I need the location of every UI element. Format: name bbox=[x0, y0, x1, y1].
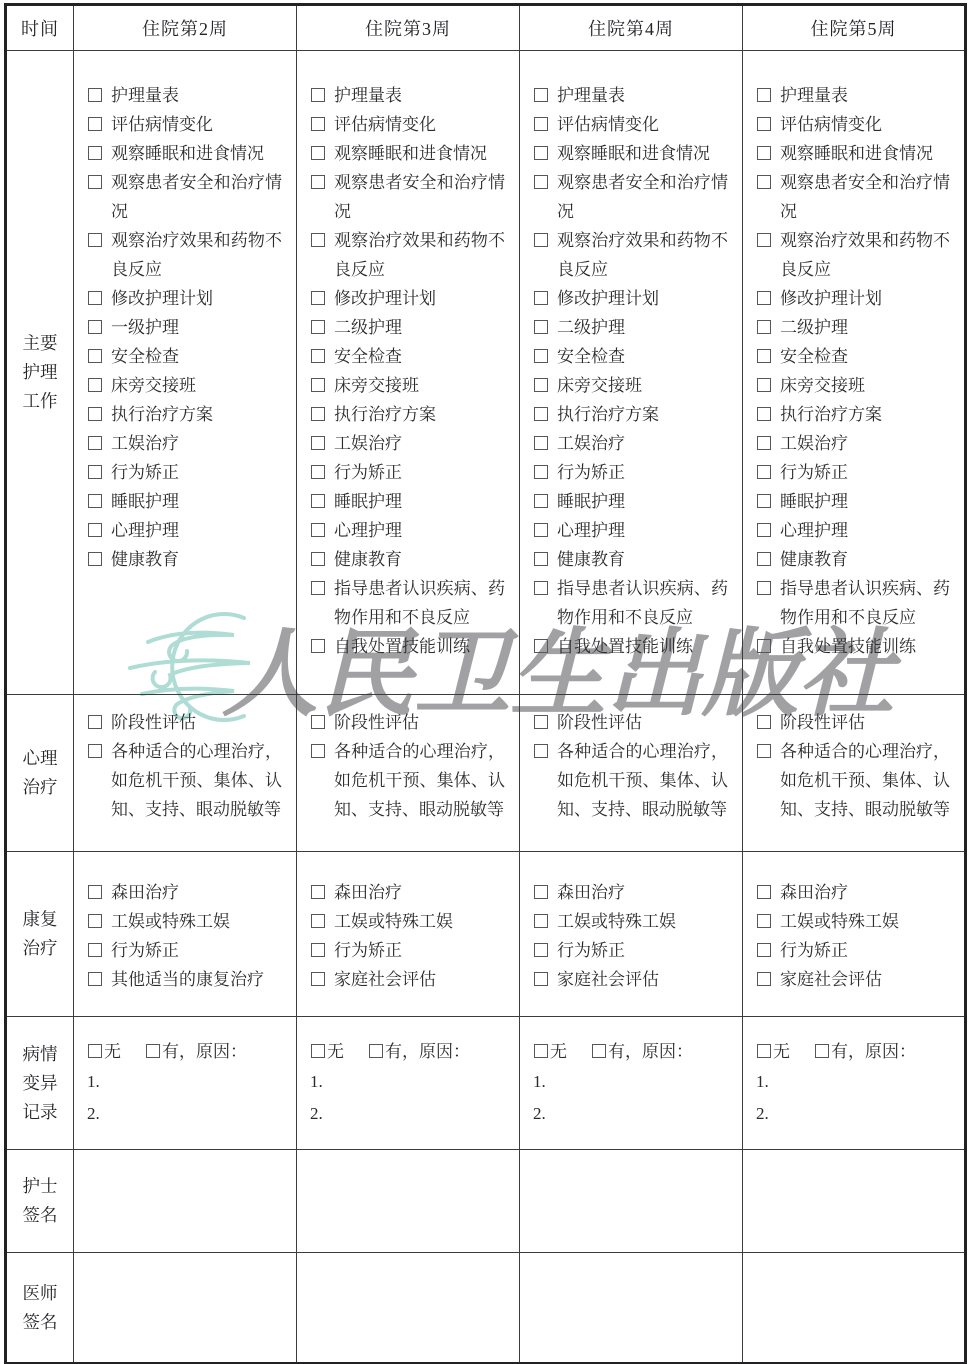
checklist-item: 各种适合的心理治疗，如危机干预、集体、认知、支持、眼动脱敏等 bbox=[87, 737, 282, 824]
checklist-item: 护理量表 bbox=[533, 81, 728, 110]
checklist-item-label: 观察睡眠和进食情况 bbox=[557, 139, 728, 168]
checklist-item: 护理量表 bbox=[310, 81, 505, 110]
checkbox[interactable] bbox=[311, 407, 325, 421]
row-label-line: 变异 bbox=[7, 1069, 73, 1098]
checkbox[interactable] bbox=[534, 552, 548, 566]
checkbox-yes[interactable] bbox=[146, 1044, 160, 1058]
checkbox[interactable] bbox=[534, 436, 548, 450]
header-week-5: 住院第5周 bbox=[743, 5, 966, 51]
choice-yes-label: 有，原因： bbox=[831, 1037, 916, 1066]
checklist-item: 护理量表 bbox=[756, 81, 950, 110]
cell-main-week-5: 护理量表评估病情变化观察睡眠和进食情况观察患者安全和治疗情况观察治疗效果和药物不… bbox=[743, 51, 966, 695]
checklist-item-label: 护理量表 bbox=[557, 81, 728, 110]
row-label-line: 治疗 bbox=[7, 773, 73, 802]
checkbox[interactable] bbox=[757, 639, 771, 653]
cell-content: 森田治疗工娱或特殊工娱行为矫正家庭社会评估 bbox=[297, 852, 519, 994]
cell-variation-week-2: 无有，原因：1.2. bbox=[74, 1017, 297, 1150]
row-psych: 心理治疗阶段性评估各种适合的心理治疗，如危机干预、集体、认知、支持、眼动脱敏等阶… bbox=[6, 695, 966, 852]
checkbox[interactable] bbox=[88, 552, 102, 566]
checkbox[interactable] bbox=[534, 494, 548, 508]
checklist-item-label: 行为矫正 bbox=[334, 458, 505, 487]
choice-yes-label: 有，原因： bbox=[162, 1037, 247, 1066]
cell-rehab-week-3: 森田治疗工娱或特殊工娱行为矫正家庭社会评估 bbox=[297, 852, 520, 1017]
checklist-item-label: 观察治疗效果和药物不良反应 bbox=[111, 226, 282, 284]
checklist-item-label: 观察治疗效果和药物不良反应 bbox=[780, 226, 950, 284]
checkbox-none[interactable] bbox=[311, 1044, 325, 1058]
header-week-2: 住院第2周 bbox=[74, 5, 297, 51]
checkbox[interactable] bbox=[757, 943, 771, 957]
checklist-item: 观察患者安全和治疗情况 bbox=[310, 168, 505, 226]
checkbox-yes[interactable] bbox=[592, 1044, 606, 1058]
checklist-item: 心理护理 bbox=[756, 516, 950, 545]
row-label-line: 签名 bbox=[7, 1201, 73, 1230]
checklist-item-label: 阶段性评估 bbox=[111, 708, 282, 737]
cell-nurse-sign-week-3 bbox=[297, 1150, 520, 1253]
checkbox-none[interactable] bbox=[88, 1044, 102, 1058]
checklist-item-label: 其他适当的康复治疗 bbox=[111, 965, 282, 994]
checkbox[interactable] bbox=[534, 320, 548, 334]
checklist-item: 执行治疗方案 bbox=[310, 400, 505, 429]
checkbox[interactable] bbox=[311, 744, 325, 758]
checkbox[interactable] bbox=[88, 465, 102, 479]
checklist-item: 森田治疗 bbox=[756, 878, 950, 907]
checklist-item-label: 工娱或特殊工娱 bbox=[780, 907, 950, 936]
numbered-blank-line: 2. bbox=[87, 1098, 282, 1130]
checklist-item: 评估病情变化 bbox=[756, 110, 950, 139]
checklist-item-label: 一级护理 bbox=[111, 313, 282, 342]
checkbox[interactable] bbox=[534, 175, 548, 189]
header-week-3: 住院第3周 bbox=[297, 5, 520, 51]
row-label-line: 护理 bbox=[7, 358, 73, 387]
checklist-item-label: 森田治疗 bbox=[780, 878, 950, 907]
checkbox[interactable] bbox=[757, 581, 771, 595]
checkbox[interactable] bbox=[534, 943, 548, 957]
checklist-item-label: 评估病情变化 bbox=[111, 110, 282, 139]
checklist-item-label: 评估病情变化 bbox=[334, 110, 505, 139]
checkbox[interactable] bbox=[311, 494, 325, 508]
cell-rehab-week-5: 森田治疗工娱或特殊工娱行为矫正家庭社会评估 bbox=[743, 852, 966, 1017]
checklist-item-label: 森田治疗 bbox=[557, 878, 728, 907]
row-label-line: 记录 bbox=[7, 1098, 73, 1127]
checkbox[interactable] bbox=[534, 639, 548, 653]
row-label-line: 护士 bbox=[7, 1172, 73, 1201]
checklist-item-label: 修改护理计划 bbox=[780, 284, 950, 313]
checkbox[interactable] bbox=[311, 175, 325, 189]
checklist-item: 观察睡眠和进食情况 bbox=[756, 139, 950, 168]
checkbox[interactable] bbox=[534, 914, 548, 928]
checkbox[interactable] bbox=[88, 349, 102, 363]
variation-choice-line: 无有，原因： bbox=[533, 1037, 728, 1066]
checklist-item-label: 睡眠护理 bbox=[780, 487, 950, 516]
checkbox[interactable] bbox=[757, 465, 771, 479]
checklist-item-label: 执行治疗方案 bbox=[111, 400, 282, 429]
checklist-item-label: 二级护理 bbox=[334, 313, 505, 342]
checklist-item-label: 床旁交接班 bbox=[780, 371, 950, 400]
checkbox-none[interactable] bbox=[534, 1044, 548, 1058]
checklist-item: 健康教育 bbox=[310, 545, 505, 574]
row-label-line: 治疗 bbox=[7, 934, 73, 963]
checklist-item-label: 睡眠护理 bbox=[557, 487, 728, 516]
checklist-item-label: 工娱治疗 bbox=[111, 429, 282, 458]
checklist-item-label: 心理护理 bbox=[111, 516, 282, 545]
cell-content: 无有，原因：1.2. bbox=[743, 1017, 964, 1130]
checkbox[interactable] bbox=[88, 117, 102, 131]
checklist-item: 安全检查 bbox=[756, 342, 950, 371]
checklist-item: 睡眠护理 bbox=[756, 487, 950, 516]
checkbox[interactable] bbox=[311, 885, 325, 899]
checklist-item-label: 二级护理 bbox=[780, 313, 950, 342]
checklist-item: 观察睡眠和进食情况 bbox=[310, 139, 505, 168]
cell-content: 阶段性评估各种适合的心理治疗，如危机干预、集体、认知、支持、眼动脱敏等 bbox=[743, 695, 964, 824]
checklist-item-label: 修改护理计划 bbox=[334, 284, 505, 313]
checklist-item: 心理护理 bbox=[310, 516, 505, 545]
checklist-item: 观察治疗效果和药物不良反应 bbox=[87, 226, 282, 284]
cell-content: 阶段性评估各种适合的心理治疗，如危机干预、集体、认知、支持、眼动脱敏等 bbox=[520, 695, 742, 824]
cell-main-week-2: 护理量表评估病情变化观察睡眠和进食情况观察患者安全和治疗情况观察治疗效果和药物不… bbox=[74, 51, 297, 695]
checkbox[interactable] bbox=[311, 320, 325, 334]
checklist-item: 行为矫正 bbox=[756, 458, 950, 487]
row-label-line: 工作 bbox=[7, 387, 73, 416]
variation-choice-line: 无有，原因： bbox=[310, 1037, 505, 1066]
checkbox[interactable] bbox=[534, 349, 548, 363]
checklist-item: 二级护理 bbox=[756, 313, 950, 342]
checklist-item: 床旁交接班 bbox=[87, 371, 282, 400]
checklist-item-label: 健康教育 bbox=[780, 545, 950, 574]
checklist-item: 工娱治疗 bbox=[310, 429, 505, 458]
checkbox[interactable] bbox=[311, 914, 325, 928]
checklist-item-label: 家庭社会评估 bbox=[557, 965, 728, 994]
checklist-item-label: 安全检查 bbox=[334, 342, 505, 371]
choice-yes-label: 有，原因： bbox=[385, 1037, 470, 1066]
checklist-item: 阶段性评估 bbox=[87, 708, 282, 737]
checkbox[interactable] bbox=[757, 436, 771, 450]
row-main: 主要护理工作护理量表评估病情变化观察睡眠和进食情况观察患者安全和治疗情况观察治疗… bbox=[6, 51, 966, 695]
checklist-item-label: 睡眠护理 bbox=[334, 487, 505, 516]
checklist-item-label: 安全检查 bbox=[557, 342, 728, 371]
checkbox[interactable] bbox=[311, 146, 325, 160]
checklist-item: 行为矫正 bbox=[533, 458, 728, 487]
checkbox[interactable] bbox=[757, 494, 771, 508]
checklist-item: 各种适合的心理治疗，如危机干预、集体、认知、支持、眼动脱敏等 bbox=[310, 737, 505, 824]
checklist-item-label: 行为矫正 bbox=[780, 936, 950, 965]
row-label-nurse-sign: 护士签名 bbox=[6, 1150, 74, 1253]
checkbox[interactable] bbox=[311, 581, 325, 595]
checklist-item: 阶段性评估 bbox=[756, 708, 950, 737]
checkbox[interactable] bbox=[534, 407, 548, 421]
checklist-item-label: 工娱治疗 bbox=[557, 429, 728, 458]
checklist-item-label: 观察患者安全和治疗情况 bbox=[780, 168, 950, 226]
checklist-item: 健康教育 bbox=[533, 545, 728, 574]
checkbox[interactable] bbox=[757, 320, 771, 334]
checkbox[interactable] bbox=[88, 943, 102, 957]
checkbox[interactable] bbox=[534, 88, 548, 102]
checkbox[interactable] bbox=[757, 715, 771, 729]
cell-rehab-week-2: 森田治疗工娱或特殊工娱行为矫正其他适当的康复治疗 bbox=[74, 852, 297, 1017]
checklist-item: 睡眠护理 bbox=[310, 487, 505, 516]
checklist-item-label: 自我处置技能训练 bbox=[780, 632, 950, 661]
checkbox[interactable] bbox=[534, 581, 548, 595]
checklist-item: 安全检查 bbox=[87, 342, 282, 371]
checkbox[interactable] bbox=[311, 349, 325, 363]
checkbox[interactable] bbox=[311, 436, 325, 450]
numbered-blank-line: 1. bbox=[533, 1066, 728, 1098]
checklist-item-label: 心理护理 bbox=[557, 516, 728, 545]
checklist-item-label: 床旁交接班 bbox=[334, 371, 505, 400]
checklist-item-label: 床旁交接班 bbox=[557, 371, 728, 400]
checklist-item: 观察治疗效果和药物不良反应 bbox=[310, 226, 505, 284]
checkbox[interactable] bbox=[88, 88, 102, 102]
cell-psych-week-2: 阶段性评估各种适合的心理治疗，如危机干预、集体、认知、支持、眼动脱敏等 bbox=[74, 695, 297, 852]
checklist-item: 睡眠护理 bbox=[87, 487, 282, 516]
choice-none-label: 无 bbox=[773, 1037, 790, 1066]
checkbox[interactable] bbox=[88, 523, 102, 537]
checkbox[interactable] bbox=[757, 233, 771, 247]
checkbox[interactable] bbox=[88, 233, 102, 247]
numbered-blank-line: 1. bbox=[310, 1066, 505, 1098]
variation-choice-line: 无有，原因： bbox=[87, 1037, 282, 1066]
checklist-item: 观察患者安全和治疗情况 bbox=[87, 168, 282, 226]
checklist-item-label: 观察睡眠和进食情况 bbox=[334, 139, 505, 168]
cell-main-week-4: 护理量表评估病情变化观察睡眠和进食情况观察患者安全和治疗情况观察治疗效果和药物不… bbox=[520, 51, 743, 695]
cell-content: 无有，原因：1.2. bbox=[74, 1017, 296, 1130]
checklist-item-label: 健康教育 bbox=[111, 545, 282, 574]
cell-content: 无有，原因：1.2. bbox=[520, 1017, 742, 1130]
checkbox[interactable] bbox=[311, 291, 325, 305]
row-label-line: 主要 bbox=[7, 329, 73, 358]
numbered-blank-line: 1. bbox=[87, 1066, 282, 1098]
checkbox[interactable] bbox=[757, 552, 771, 566]
checklist-item-label: 指导患者认识疾病、药物作用和不良反应 bbox=[557, 574, 728, 632]
checklist-item: 阶段性评估 bbox=[533, 708, 728, 737]
cell-content: 护理量表评估病情变化观察睡眠和进食情况观察患者安全和治疗情况观察治疗效果和药物不… bbox=[743, 51, 964, 661]
checklist-item-label: 健康教育 bbox=[334, 545, 505, 574]
checklist-item: 行为矫正 bbox=[87, 936, 282, 965]
checklist-item: 家庭社会评估 bbox=[756, 965, 950, 994]
checklist-item-label: 修改护理计划 bbox=[111, 284, 282, 313]
checklist-item: 床旁交接班 bbox=[533, 371, 728, 400]
checkbox[interactable] bbox=[88, 146, 102, 160]
checkbox[interactable] bbox=[757, 378, 771, 392]
checkbox[interactable] bbox=[311, 972, 325, 986]
checkbox[interactable] bbox=[534, 146, 548, 160]
checkbox[interactable] bbox=[311, 639, 325, 653]
row-variation: 病情变异记录无有，原因：1.2.无有，原因：1.2.无有，原因：1.2.无有，原… bbox=[6, 1017, 966, 1150]
checklist-item: 工娱或特殊工娱 bbox=[533, 907, 728, 936]
checklist-item-label: 家庭社会评估 bbox=[334, 965, 505, 994]
checklist-item-label: 观察患者安全和治疗情况 bbox=[557, 168, 728, 226]
checklist-item: 二级护理 bbox=[533, 313, 728, 342]
checkbox[interactable] bbox=[88, 885, 102, 899]
checklist-item-label: 床旁交接班 bbox=[111, 371, 282, 400]
checkbox[interactable] bbox=[757, 349, 771, 363]
checklist-item-label: 工娱治疗 bbox=[780, 429, 950, 458]
checkbox[interactable] bbox=[757, 117, 771, 131]
checklist-item-label: 安全检查 bbox=[780, 342, 950, 371]
checklist-item: 指导患者认识疾病、药物作用和不良反应 bbox=[310, 574, 505, 632]
checkbox[interactable] bbox=[88, 972, 102, 986]
checkbox[interactable] bbox=[757, 88, 771, 102]
cell-content: 护理量表评估病情变化观察睡眠和进食情况观察患者安全和治疗情况观察治疗效果和药物不… bbox=[74, 51, 296, 574]
cell-psych-week-5: 阶段性评估各种适合的心理治疗，如危机干预、集体、认知、支持、眼动脱敏等 bbox=[743, 695, 966, 852]
checklist-item: 工娱或特殊工娱 bbox=[756, 907, 950, 936]
checklist-item-label: 森田治疗 bbox=[334, 878, 505, 907]
checklist-item-label: 森田治疗 bbox=[111, 878, 282, 907]
checklist-item: 各种适合的心理治疗，如危机干预、集体、认知、支持、眼动脱敏等 bbox=[533, 737, 728, 824]
checklist-item: 心理护理 bbox=[87, 516, 282, 545]
checklist-item-label: 观察睡眠和进食情况 bbox=[111, 139, 282, 168]
row-label-main: 主要护理工作 bbox=[6, 51, 74, 695]
checklist-item: 健康教育 bbox=[87, 545, 282, 574]
checklist-item: 家庭社会评估 bbox=[310, 965, 505, 994]
checkbox[interactable] bbox=[757, 972, 771, 986]
checkbox[interactable] bbox=[534, 715, 548, 729]
checklist-item-label: 健康教育 bbox=[557, 545, 728, 574]
row-label-line: 签名 bbox=[7, 1308, 73, 1337]
checkbox[interactable] bbox=[88, 436, 102, 450]
checkbox[interactable] bbox=[757, 885, 771, 899]
checklist-item: 工娱治疗 bbox=[756, 429, 950, 458]
checklist-item: 观察治疗效果和药物不良反应 bbox=[533, 226, 728, 284]
checklist-item: 森田治疗 bbox=[310, 878, 505, 907]
checklist-item-label: 自我处置技能训练 bbox=[557, 632, 728, 661]
checkbox[interactable] bbox=[757, 146, 771, 160]
checklist-item: 执行治疗方案 bbox=[87, 400, 282, 429]
checkbox[interactable] bbox=[757, 744, 771, 758]
choice-yes-label: 有，原因： bbox=[608, 1037, 693, 1066]
row-label-line: 康复 bbox=[7, 905, 73, 934]
checklist-item-label: 修改护理计划 bbox=[557, 284, 728, 313]
checklist-item: 各种适合的心理治疗，如危机干预、集体、认知、支持、眼动脱敏等 bbox=[756, 737, 950, 824]
checkbox[interactable] bbox=[757, 291, 771, 305]
variation-choice-line: 无有，原因： bbox=[756, 1037, 950, 1066]
checklist-item-label: 观察睡眠和进食情况 bbox=[780, 139, 950, 168]
checkbox[interactable] bbox=[88, 320, 102, 334]
checkbox[interactable] bbox=[88, 291, 102, 305]
checkbox[interactable] bbox=[311, 715, 325, 729]
checklist-item: 工娱或特殊工娱 bbox=[87, 907, 282, 936]
checkbox[interactable] bbox=[88, 494, 102, 508]
checkbox[interactable] bbox=[757, 175, 771, 189]
checklist-item: 床旁交接班 bbox=[310, 371, 505, 400]
cell-variation-week-4: 无有，原因：1.2. bbox=[520, 1017, 743, 1150]
checkbox[interactable] bbox=[534, 523, 548, 537]
cell-variation-week-5: 无有，原因：1.2. bbox=[743, 1017, 966, 1150]
checklist-item-label: 护理量表 bbox=[111, 81, 282, 110]
checkbox[interactable] bbox=[311, 378, 325, 392]
checkbox[interactable] bbox=[534, 744, 548, 758]
checklist-item: 一级护理 bbox=[87, 313, 282, 342]
checklist-item: 自我处置技能训练 bbox=[310, 632, 505, 661]
checklist-item-label: 各种适合的心理治疗，如危机干预、集体、认知、支持、眼动脱敏等 bbox=[780, 737, 950, 824]
checklist-item: 评估病情变化 bbox=[310, 110, 505, 139]
checklist-item-label: 指导患者认识疾病、药物作用和不良反应 bbox=[334, 574, 505, 632]
checklist-item-label: 行为矫正 bbox=[111, 936, 282, 965]
checkbox[interactable] bbox=[311, 88, 325, 102]
cell-content: 护理量表评估病情变化观察睡眠和进食情况观察患者安全和治疗情况观察治疗效果和药物不… bbox=[297, 51, 519, 661]
checkbox[interactable] bbox=[311, 233, 325, 247]
checklist-item: 工娱或特殊工娱 bbox=[310, 907, 505, 936]
numbered-blank-line: 2. bbox=[756, 1098, 950, 1130]
checklist-item: 行为矫正 bbox=[533, 936, 728, 965]
checkbox[interactable] bbox=[311, 117, 325, 131]
checklist-item-label: 工娱治疗 bbox=[334, 429, 505, 458]
checklist-item: 评估病情变化 bbox=[87, 110, 282, 139]
checklist-item: 健康教育 bbox=[756, 545, 950, 574]
checkbox[interactable] bbox=[757, 914, 771, 928]
cell-content: 森田治疗工娱或特殊工娱行为矫正家庭社会评估 bbox=[520, 852, 742, 994]
cell-main-week-3: 护理量表评估病情变化观察睡眠和进食情况观察患者安全和治疗情况观察治疗效果和药物不… bbox=[297, 51, 520, 695]
checklist-item-label: 执行治疗方案 bbox=[557, 400, 728, 429]
checklist-item: 行为矫正 bbox=[310, 458, 505, 487]
checklist-item: 其他适当的康复治疗 bbox=[87, 965, 282, 994]
checklist-item-label: 观察患者安全和治疗情况 bbox=[334, 168, 505, 226]
checkbox-yes[interactable] bbox=[815, 1044, 829, 1058]
checklist-item-label: 阶段性评估 bbox=[334, 708, 505, 737]
checklist-item: 修改护理计划 bbox=[533, 284, 728, 313]
checkbox[interactable] bbox=[88, 175, 102, 189]
checkbox[interactable] bbox=[757, 523, 771, 537]
cell-content: 阶段性评估各种适合的心理治疗，如危机干预、集体、认知、支持、眼动脱敏等 bbox=[74, 695, 296, 824]
checkbox[interactable] bbox=[757, 407, 771, 421]
checkbox[interactable] bbox=[534, 233, 548, 247]
checklist-item: 森田治疗 bbox=[87, 878, 282, 907]
checkbox[interactable] bbox=[88, 378, 102, 392]
checkbox-yes[interactable] bbox=[369, 1044, 383, 1058]
numbered-blank-line: 2. bbox=[533, 1098, 728, 1130]
checkbox[interactable] bbox=[311, 523, 325, 537]
checkbox[interactable] bbox=[88, 744, 102, 758]
checkbox[interactable] bbox=[311, 552, 325, 566]
checklist-item-label: 行为矫正 bbox=[780, 458, 950, 487]
checklist-item-label: 各种适合的心理治疗，如危机干预、集体、认知、支持、眼动脱敏等 bbox=[334, 737, 505, 824]
cell-content: 无有，原因：1.2. bbox=[297, 1017, 519, 1130]
checkbox[interactable] bbox=[534, 378, 548, 392]
checkbox[interactable] bbox=[88, 914, 102, 928]
cell-doctor-sign-week-5 bbox=[743, 1253, 966, 1364]
row-label-line: 心理 bbox=[7, 744, 73, 773]
checkbox[interactable] bbox=[88, 715, 102, 729]
checklist-item-label: 观察患者安全和治疗情况 bbox=[111, 168, 282, 226]
checkbox[interactable] bbox=[534, 117, 548, 131]
checklist-item: 观察睡眠和进食情况 bbox=[87, 139, 282, 168]
checklist-item-label: 观察治疗效果和药物不良反应 bbox=[334, 226, 505, 284]
cell-psych-week-4: 阶段性评估各种适合的心理治疗，如危机干预、集体、认知、支持、眼动脱敏等 bbox=[520, 695, 743, 852]
checkbox-none[interactable] bbox=[757, 1044, 771, 1058]
checkbox[interactable] bbox=[534, 465, 548, 479]
checklist-item: 执行治疗方案 bbox=[756, 400, 950, 429]
checklist-item: 指导患者认识疾病、药物作用和不良反应 bbox=[756, 574, 950, 632]
row-nurse-sign: 护士签名 bbox=[6, 1150, 966, 1253]
checklist-item-label: 安全检查 bbox=[111, 342, 282, 371]
checklist-item-label: 工娱或特殊工娱 bbox=[557, 907, 728, 936]
checklist-item-label: 护理量表 bbox=[780, 81, 950, 110]
checklist-item: 工娱治疗 bbox=[533, 429, 728, 458]
checklist-item: 修改护理计划 bbox=[756, 284, 950, 313]
checkbox[interactable] bbox=[534, 972, 548, 986]
checkbox[interactable] bbox=[311, 465, 325, 479]
checkbox[interactable] bbox=[534, 885, 548, 899]
checkbox[interactable] bbox=[311, 943, 325, 957]
checklist-item: 执行治疗方案 bbox=[533, 400, 728, 429]
cell-psych-week-3: 阶段性评估各种适合的心理治疗，如危机干预、集体、认知、支持、眼动脱敏等 bbox=[297, 695, 520, 852]
row-label-rehab: 康复治疗 bbox=[6, 852, 74, 1017]
checklist-item-label: 护理量表 bbox=[334, 81, 505, 110]
cell-rehab-week-4: 森田治疗工娱或特殊工娱行为矫正家庭社会评估 bbox=[520, 852, 743, 1017]
checklist-item-label: 阶段性评估 bbox=[780, 708, 950, 737]
checkbox[interactable] bbox=[88, 407, 102, 421]
checklist-item-label: 行为矫正 bbox=[557, 458, 728, 487]
checkbox[interactable] bbox=[534, 291, 548, 305]
